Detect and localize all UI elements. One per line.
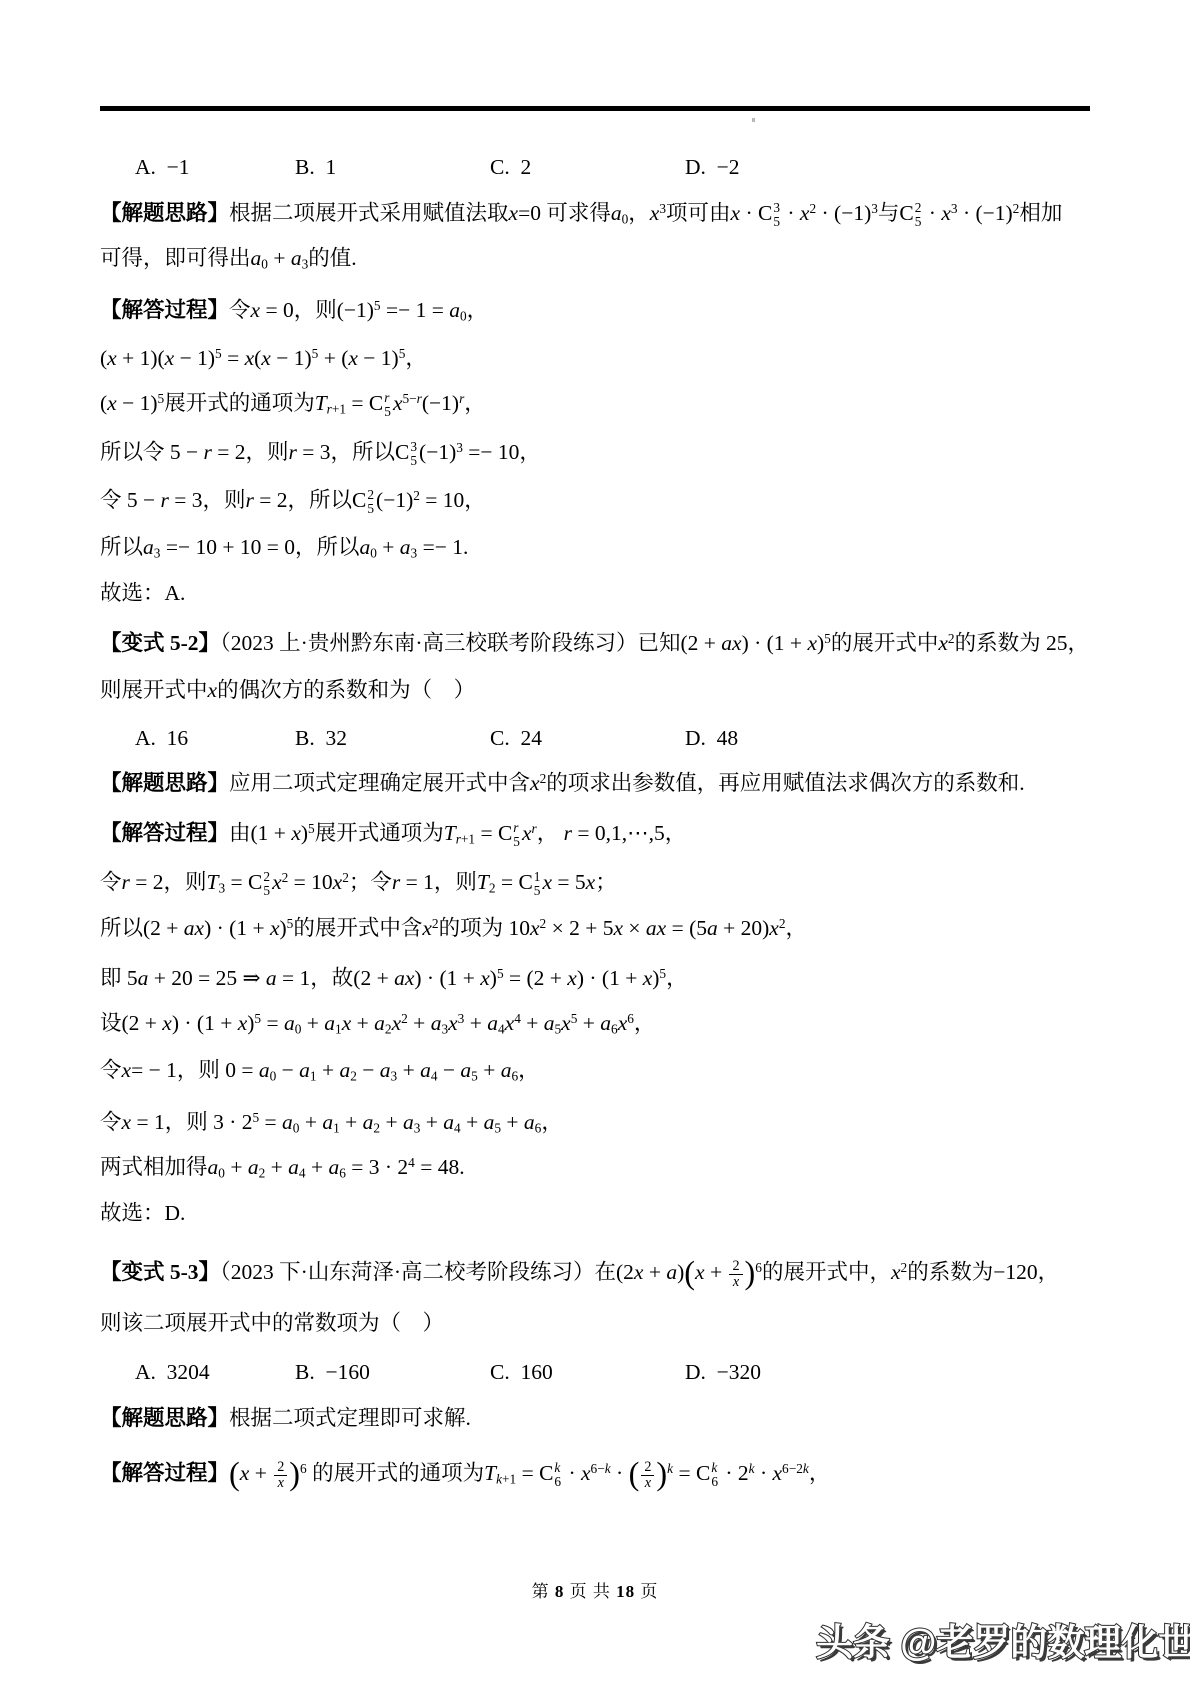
choice-option-A: A. 16	[135, 715, 188, 761]
text-line: 故选：A.	[100, 570, 185, 616]
choice-option-B: B. −160	[295, 1349, 370, 1395]
choice-option-C: C. 2	[490, 144, 531, 190]
text-line: 所以(2 + ax) · (1 + x)5的展开式中含x2的项为 10x2 × …	[100, 905, 807, 951]
text-line: 令x = 1，则 3 · 25 = a0 + a1 + a2 + a3 + a4…	[100, 1099, 563, 1145]
text-line: 令x= − 1，则 0 = a0 − a1 + a2 − a3 + a4 − a…	[100, 1047, 540, 1093]
text-line: 设(2 + x) · (1 + x)5 = a0 + a1x + a2x2 + …	[100, 1000, 655, 1046]
text-line: 则该二项展开式中的常数项为（ ）	[100, 1300, 444, 1346]
text-line: 令r = 2，则T3 = C25x2 = 10x2；令r = 1，则T2 = C…	[100, 859, 617, 905]
choice-option-B: B. 1	[295, 144, 336, 190]
text-line: 故选：D.	[100, 1190, 185, 1236]
document-page: A. −1B. 1C. 2D. −2【解题思路】根据二项展开式采用赋值法取x=0…	[0, 0, 1190, 1682]
text-line: 则展开式中x的偶次方的系数和为（ ）	[100, 667, 475, 713]
text-line: (x − 1)5展开式的通项为Tr+1 = Cr5x5−r(−1)r，	[100, 380, 486, 426]
text-line: 所以a3 =− 10 + 10 = 0，所以a0 + a3 =− 1.	[100, 524, 468, 570]
text-line: 所以令 5 − r = 2，则r = 3，所以C35(−1)3 =− 10，	[100, 429, 541, 475]
text-line: 【解题思路】应用二项式定理确定展开式中含x2的项求出参数值，再应用赋值法求偶次方…	[100, 760, 1025, 806]
text-line: (x + 1)(x − 1)5 = x(x − 1)5 + (x − 1)5，	[100, 335, 427, 381]
choice-option-D: D. −320	[685, 1349, 761, 1395]
text-line: 即 5a + 20 = 25 ⇒ a = 1，故(2 + ax) · (1 + …	[100, 955, 688, 1001]
choice-option-A: A. 3204	[135, 1349, 210, 1395]
text-line: 可得，即可得出a0 + a3的值.	[100, 235, 357, 281]
text-line: 【解题思路】根据二项式定理即可求解.	[100, 1395, 471, 1441]
watermark: 头条 @老罗的数理化世界	[816, 1612, 1190, 1666]
text-line: 【解题思路】根据二项展开式采用赋值法取x=0 可求得a0，x3项可由x · C3…	[100, 190, 1062, 236]
text-line: 令 5 − r = 3，则r = 2，所以C25(−1)2 = 10，	[100, 477, 486, 523]
header-rule	[100, 106, 1090, 111]
text-line: 【变式 5-3】（2023 下·山东菏泽·高二校考阶段练习）在(2x + a)(…	[100, 1249, 1059, 1295]
choice-option-C: C. 24	[490, 715, 542, 761]
text-line: 【变式 5-2】（2023 上·贵州黔东南·高三校联考阶段练习）已知(2 + a…	[100, 620, 1089, 666]
text-line: 【解答过程】由(1 + x)5展开式通项为Tr+1 = Cr5xr， r = 0…	[100, 810, 686, 856]
choice-option-C: C. 160	[490, 1349, 553, 1395]
page-speck	[752, 118, 755, 122]
text-line: 【解答过程】令x = 0，则(−1)5 =− 1 = a0，	[100, 287, 488, 333]
page-footer: 第 8 页 共 18 页	[0, 1577, 1190, 1602]
page-number: 第 8 页 共 18 页	[532, 1582, 659, 1601]
choice-option-A: A. −1	[135, 144, 190, 190]
choice-option-D: D. 48	[685, 715, 738, 761]
text-line: 【解答过程】(x + 2x)6 的展开式的通项为Tk+1 = Ck6 · x6−…	[100, 1450, 830, 1496]
choice-option-B: B. 32	[295, 715, 347, 761]
text-line: 两式相加得a0 + a2 + a4 + a6 = 3 · 24 = 48.	[100, 1144, 465, 1190]
choice-option-D: D. −2	[685, 144, 740, 190]
